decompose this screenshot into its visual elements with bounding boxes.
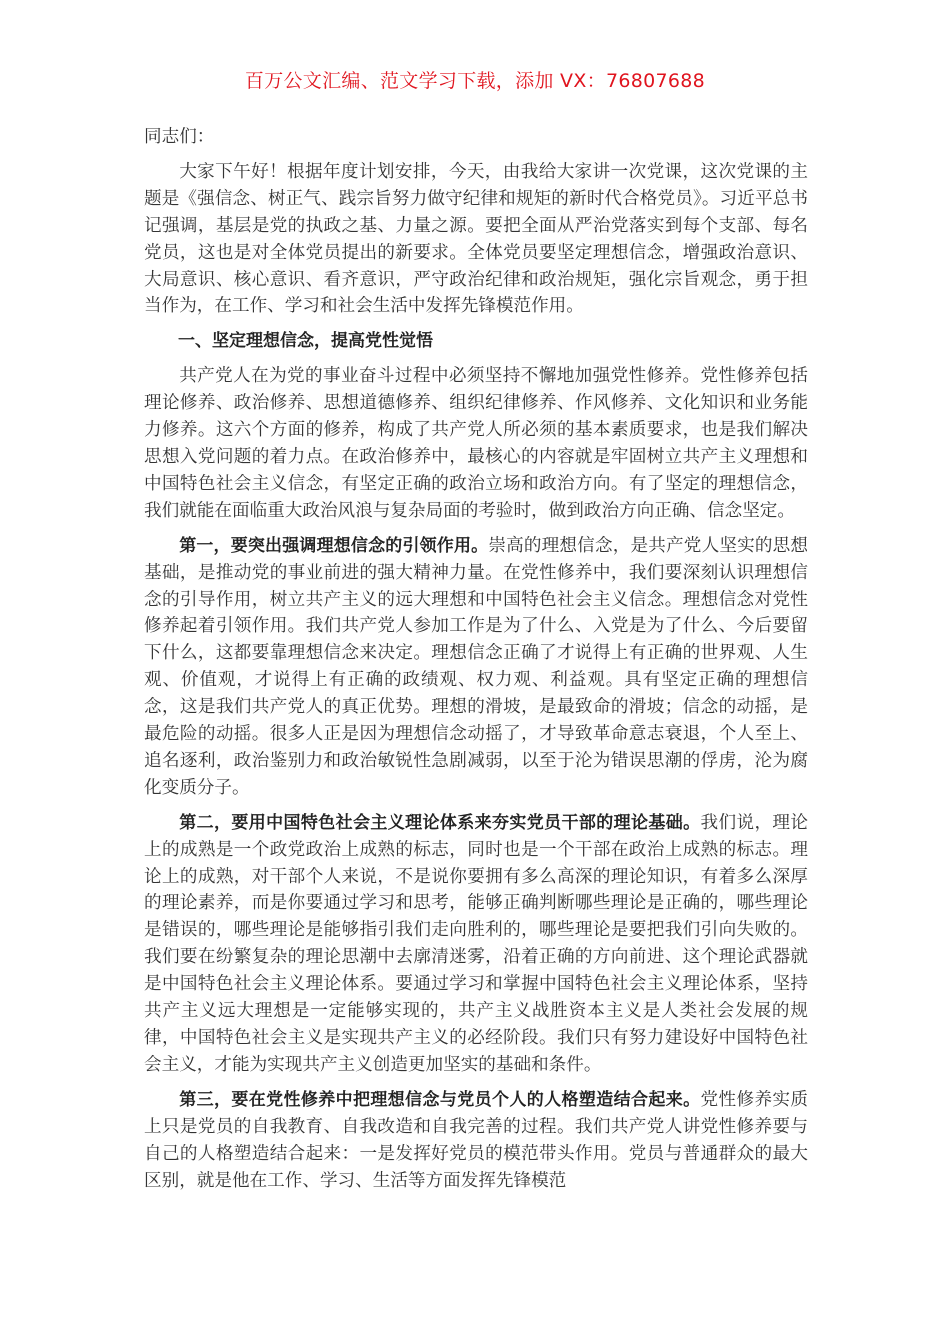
point-one-text: 崇高的理想信念，是共产党人坚实的思想基础，是推动党的事业前进的强大精神力量。在党…	[144, 536, 808, 798]
point-one-lead: 第一，要突出强调理想信念的引领作用。	[179, 536, 488, 556]
point-two-lead: 第二，要用中国特色社会主义理论体系来夯实党员干部的理论基础。	[179, 813, 700, 833]
intro-paragraph: 大家下午好！根据年度计划安排，今天，由我给大家讲一次党课，这次党课的主题是《强信…	[144, 159, 808, 320]
section-heading: 一、坚定理想信念，提高党性觉悟	[144, 328, 808, 355]
point-two-text: 我们说，理论上的成熟是一个政党政治上成熟的标志，同时也是一个干部在政治上成熟的标…	[144, 813, 808, 1075]
watermark-header: 百万公文汇编、范文学习下载，添加 VX：76807688	[0, 66, 950, 93]
section-paragraph: 共产党人在为党的事业奋斗过程中必须坚持不懈地加强党性修养。党性修养包括理论修养、…	[144, 363, 808, 524]
greeting: 同志们：	[144, 124, 808, 151]
point-one-paragraph: 第一，要突出强调理想信念的引领作用。崇高的理想信念，是共产党人坚实的思想基础，是…	[144, 533, 808, 802]
point-three-lead: 第三，要在党性修养中把理想信念与党员个人的人格塑造结合起来。	[179, 1090, 700, 1110]
document-body: 同志们： 大家下午好！根据年度计划安排，今天，由我给大家讲一次党课，这次党课的主…	[144, 124, 808, 1202]
document-page: 百万公文汇编、范文学习下载，添加 VX：76807688 同志们： 大家下午好！…	[0, 0, 950, 1344]
point-two-paragraph: 第二，要用中国特色社会主义理论体系来夯实党员干部的理论基础。我们说，理论上的成熟…	[144, 810, 808, 1079]
point-three-paragraph: 第三，要在党性修养中把理想信念与党员个人的人格塑造结合起来。党性修养实质上只是党…	[144, 1087, 808, 1195]
